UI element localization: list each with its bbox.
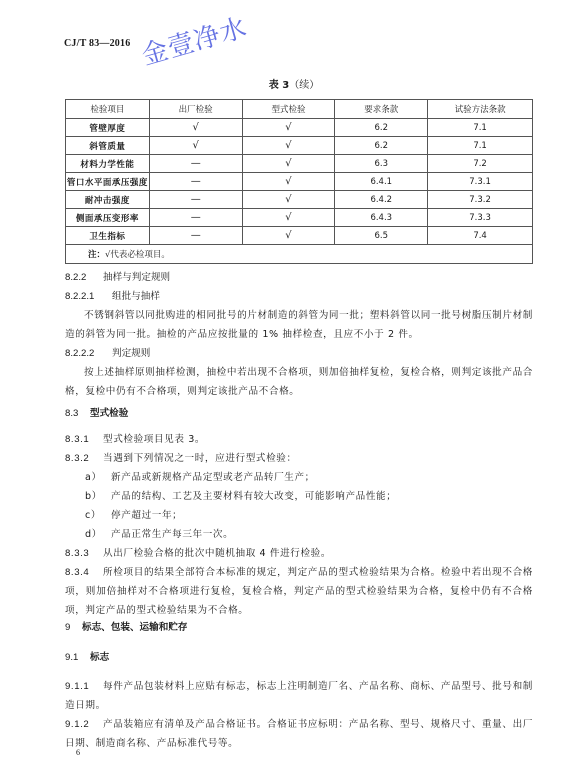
section-8-3-body: 8.3.1型式检验项目见表 3。 8.3.2当遇到下列情况之一时，应进行型式检验… <box>65 430 533 620</box>
item-cell: 卫生指标 <box>66 227 150 245</box>
factory-inspection-cell: — <box>149 191 242 209</box>
column-header: 检验项目 <box>66 100 150 119</box>
table-row: 斜管质量 √ √ 6.2 7.1 <box>66 137 533 155</box>
list-item: c）停产超过一年； <box>65 506 533 525</box>
factory-inspection-cell: — <box>149 173 242 191</box>
requirement-clause-cell: 6.4.1 <box>335 173 428 191</box>
table-row: 材料力学性能 — √ 6.3 7.2 <box>66 155 533 173</box>
test-method-clause-cell: 7.1 <box>428 119 533 137</box>
requirement-clause-cell: 6.2 <box>335 137 428 155</box>
type-inspection-cell: √ <box>242 137 335 155</box>
inspection-items-table: 检验项目 出厂检验 型式检验 要求条款 试验方法条款 管壁厚度 √ √ 6.2 … <box>65 99 533 264</box>
paragraph-batching-sampling: 不锈钢斜管以同批购进的相同批号的片材制造的斜管为同一批；塑料斜管以同一批号树脂压… <box>65 306 533 344</box>
clause-8-3-1: 8.3.1型式检验项目见表 3。 <box>65 430 533 449</box>
table-row: 管壁厚度 √ √ 6.2 7.1 <box>66 119 533 137</box>
column-header: 出厂检验 <box>149 100 242 119</box>
requirement-clause-cell: 6.4.2 <box>335 191 428 209</box>
section-8-3-heading-block: 8.3型式检验 <box>65 404 533 423</box>
type-inspection-cell: √ <box>242 209 335 227</box>
requirement-clause-cell: 6.2 <box>335 119 428 137</box>
item-cell: 耐冲击强度 <box>66 191 150 209</box>
requirement-clause-cell: 6.5 <box>335 227 428 245</box>
table-header-row: 检验项目 出厂检验 型式检验 要求条款 试验方法条款 <box>66 100 533 119</box>
item-cell: 材料力学性能 <box>66 155 150 173</box>
paragraph-judgment-rules: 按上述抽样原则抽样检测，抽检中若出现不合格项，则加倍抽样复检，复检合格，则判定该… <box>65 363 533 401</box>
table-caption-continued: （续） <box>289 80 319 91</box>
table-note-row: 注：√代表必检项目。 <box>66 245 533 264</box>
item-cell: 侧面承压变形率 <box>66 209 150 227</box>
section-9-1-body: 9.1.1每件产品包装材料上应贴有标志，标志上注明制造厂名、产品名称、商标、产品… <box>65 677 533 753</box>
table-row: 侧面承压变形率 — √ 6.4.3 7.3.3 <box>66 209 533 227</box>
factory-inspection-cell: — <box>149 155 242 173</box>
factory-inspection-cell: — <box>149 209 242 227</box>
section-8-2-2-block: 8.2.2抽样与判定规则 8.2.2.1组批与抽样 不锈钢斜管以同批购进的相同批… <box>65 268 533 401</box>
section-9-1-heading-block: 9.1标志 <box>65 648 533 667</box>
item-cell: 斜管质量 <box>66 137 150 155</box>
list-item: d）产品正常生产每三年一次。 <box>65 525 533 544</box>
note-label: 注： <box>88 250 105 260</box>
note-text: √代表必检项目。 <box>105 250 170 260</box>
table-caption: 表 3（续） <box>0 76 588 91</box>
heading-8-2-2: 8.2.2抽样与判定规则 <box>65 268 533 287</box>
clause-9-1-2: 9.1.2产品装箱应有清单及产品合格证书。合格证书应标明：产品名称、型号、规格尺… <box>65 715 533 753</box>
factory-inspection-cell: √ <box>149 119 242 137</box>
section-9-heading-block: 9标志、包装、运输和贮存 <box>65 618 533 637</box>
standard-code: CJ/T 83—2016 <box>64 38 130 49</box>
test-method-clause-cell: 7.3.2 <box>428 191 533 209</box>
list-item: b）产品的结构、工艺及主要材料有较大改变，可能影响产品性能； <box>65 487 533 506</box>
watermark-stamp: 金壹净水 <box>137 7 251 72</box>
heading-9: 9标志、包装、运输和贮存 <box>65 618 533 637</box>
table-note: 注：√代表必检项目。 <box>66 245 533 264</box>
type-inspection-cell: √ <box>242 191 335 209</box>
clause-8-3-4: 8.3.4所检项目的结果全部符合本标准的规定，判定产品的型式检验结果为合格。检验… <box>65 563 533 620</box>
page-number: 6 <box>76 748 80 757</box>
requirement-clause-cell: 6.3 <box>335 155 428 173</box>
heading-8-2-2-2: 8.2.2.2判定规则 <box>65 344 533 363</box>
column-header: 试验方法条款 <box>428 100 533 119</box>
test-method-clause-cell: 7.3.3 <box>428 209 533 227</box>
clause-8-3-3: 8.3.3从出厂检验合格的批次中随机抽取 4 件进行检验。 <box>65 544 533 563</box>
table-row: 管口水平面承压强度 — √ 6.4.1 7.3.1 <box>66 173 533 191</box>
type-inspection-cell: √ <box>242 227 335 245</box>
item-cell: 管壁厚度 <box>66 119 150 137</box>
column-header: 要求条款 <box>335 100 428 119</box>
list-item: a）新产品或新规格产品定型或老产品转厂生产； <box>65 468 533 487</box>
factory-inspection-cell: — <box>149 227 242 245</box>
table-caption-label: 表 3 <box>269 80 289 91</box>
type-inspection-cell: √ <box>242 173 335 191</box>
test-method-clause-cell: 7.4 <box>428 227 533 245</box>
clause-9-1-1: 9.1.1每件产品包装材料上应贴有标志，标志上注明制造厂名、产品名称、商标、产品… <box>65 677 533 715</box>
test-method-clause-cell: 7.2 <box>428 155 533 173</box>
test-method-clause-cell: 7.1 <box>428 137 533 155</box>
clause-8-3-2: 8.3.2当遇到下列情况之一时，应进行型式检验： <box>65 449 533 468</box>
factory-inspection-cell: √ <box>149 137 242 155</box>
heading-8-3: 8.3型式检验 <box>65 404 533 423</box>
type-inspection-cell: √ <box>242 119 335 137</box>
test-method-clause-cell: 7.3.1 <box>428 173 533 191</box>
requirement-clause-cell: 6.4.3 <box>335 209 428 227</box>
item-cell: 管口水平面承压强度 <box>66 173 150 191</box>
column-header: 型式检验 <box>242 100 335 119</box>
heading-9-1: 9.1标志 <box>65 648 533 667</box>
table-row: 耐冲击强度 — √ 6.4.2 7.3.2 <box>66 191 533 209</box>
table-row: 卫生指标 — √ 6.5 7.4 <box>66 227 533 245</box>
heading-8-2-2-1: 8.2.2.1组批与抽样 <box>65 287 533 306</box>
type-inspection-cell: √ <box>242 155 335 173</box>
